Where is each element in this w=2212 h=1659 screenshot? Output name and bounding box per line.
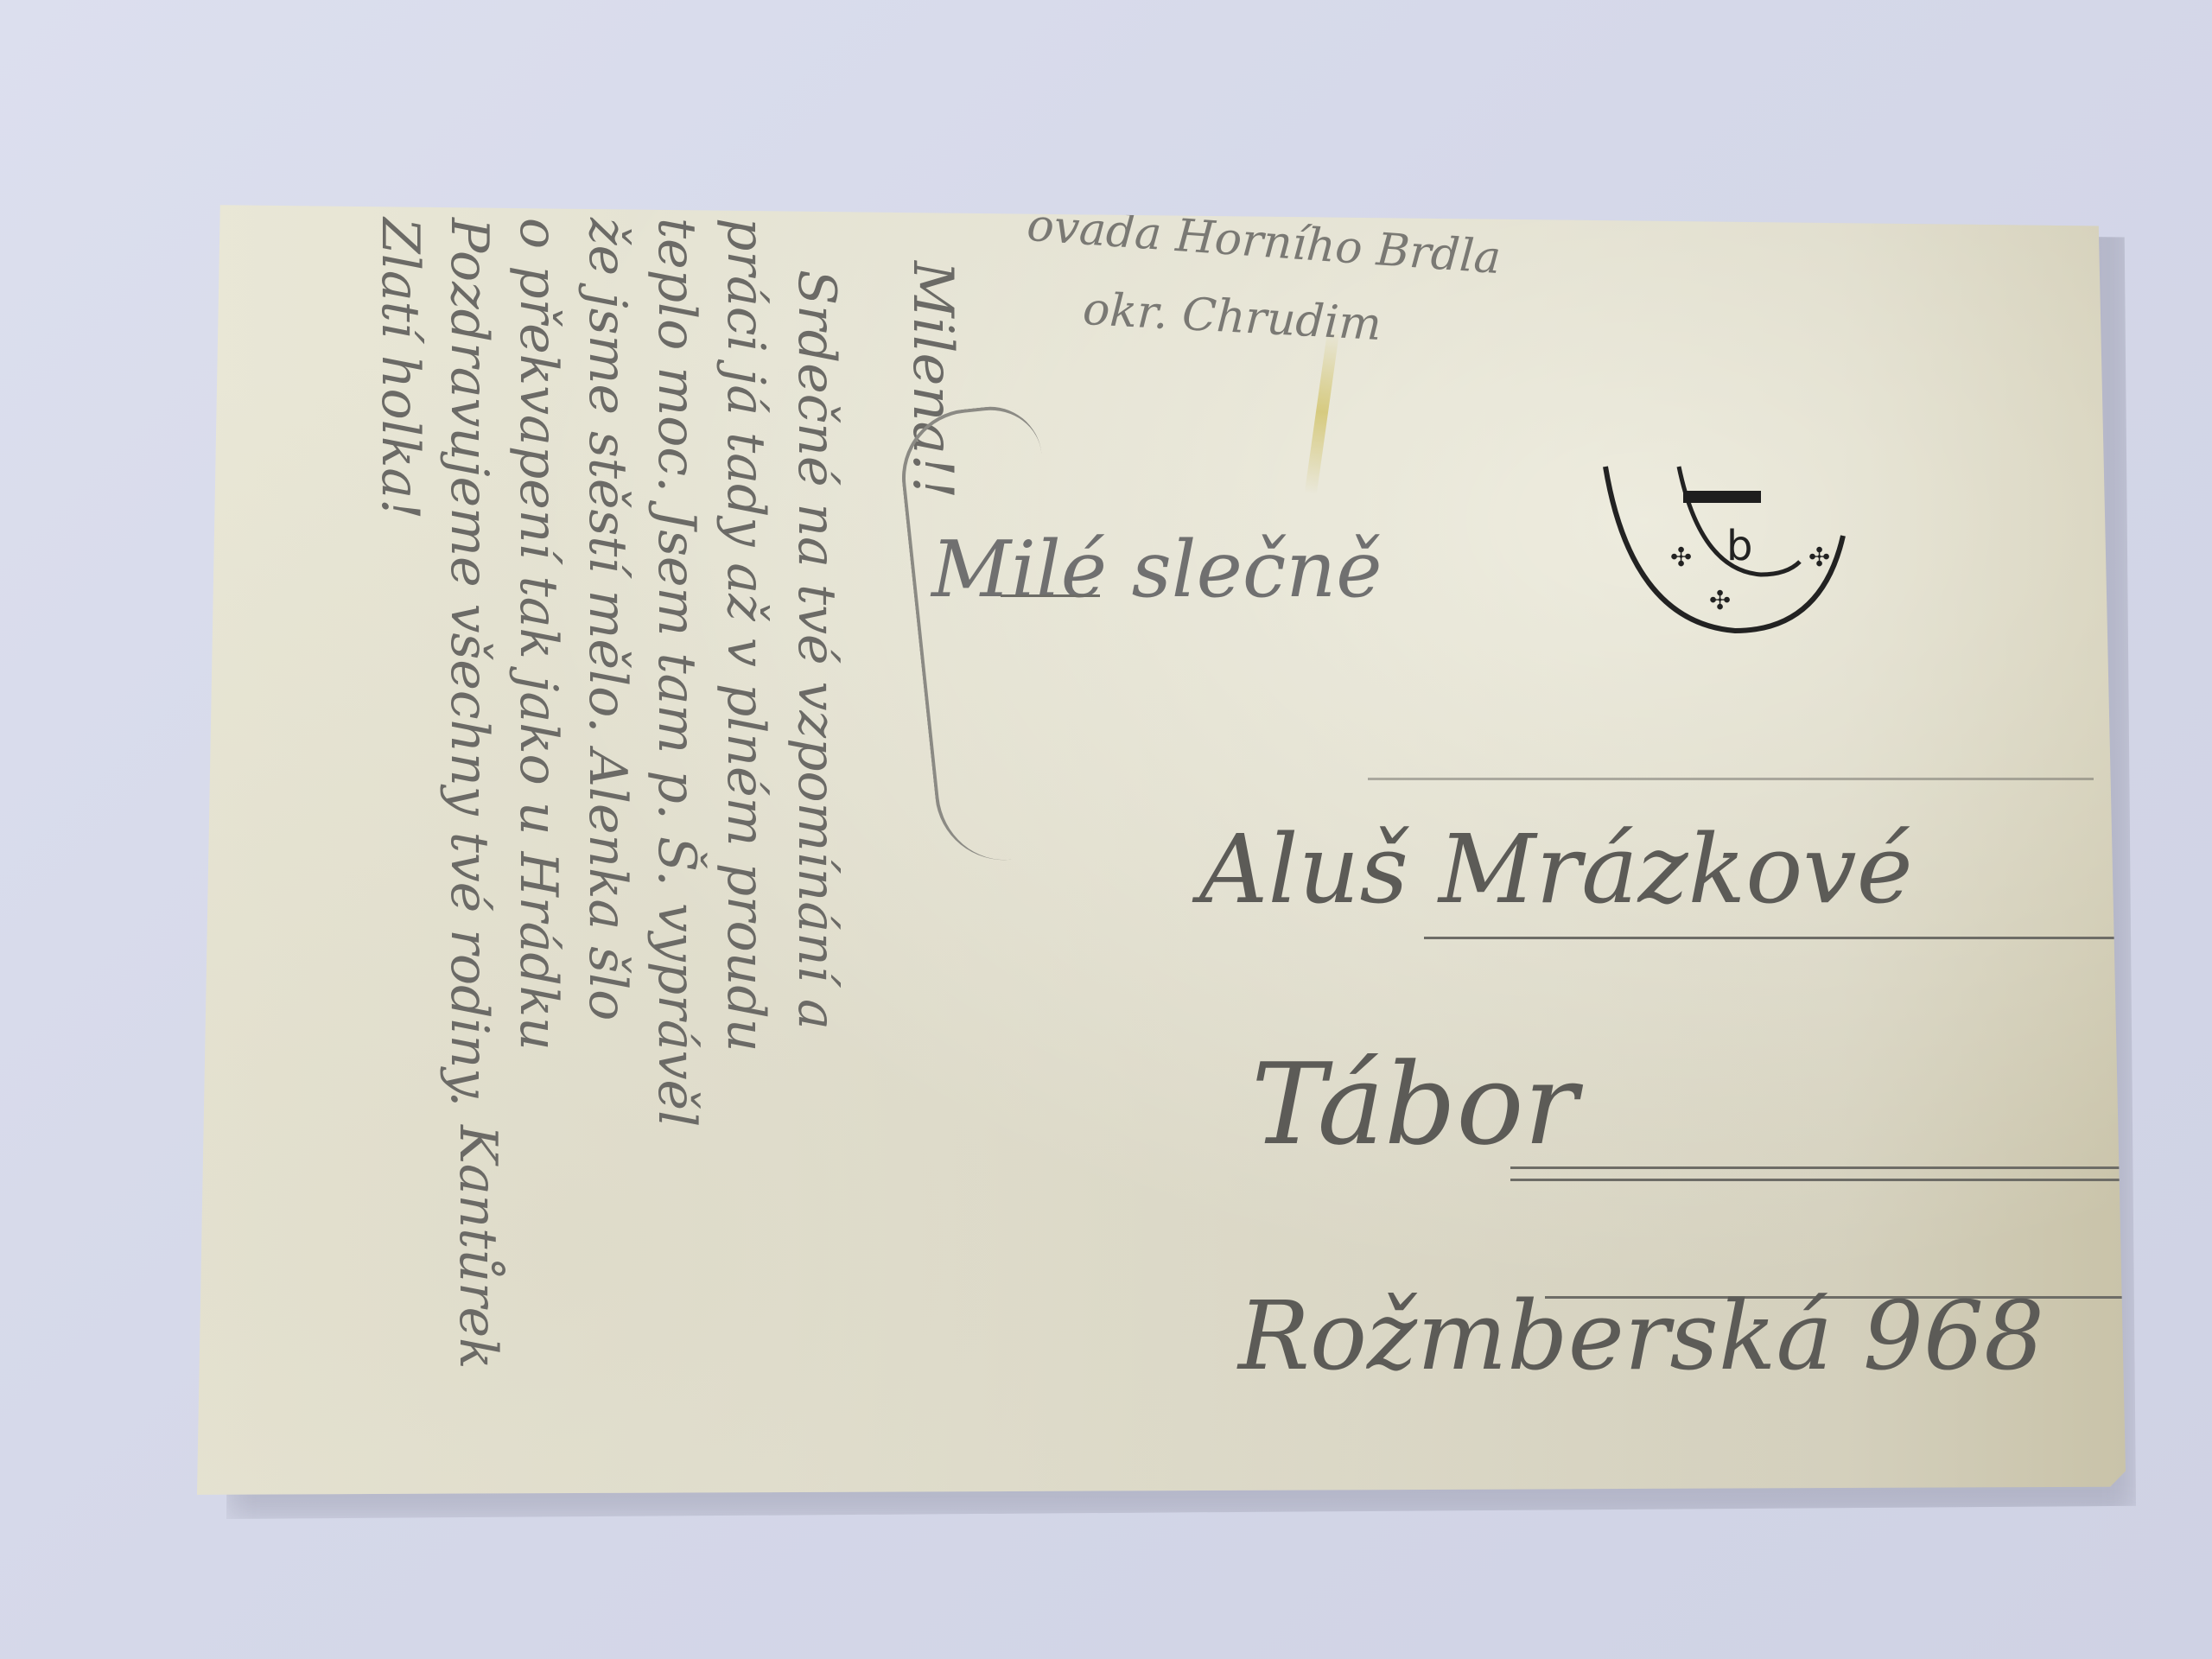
message-line-1: Srdečné na tvé vzpomínání a (786, 270, 847, 1030)
svg-text:✣: ✣ (1709, 586, 1731, 616)
yellow-stain (1305, 330, 1339, 494)
sender-note-line1: ovada Horního Brdla (1026, 200, 1503, 284)
svg-text:✣: ✣ (1670, 543, 1692, 573)
address-salutation: Milé slečně (931, 524, 1382, 615)
message-line-5: o překvapení tak jako u Hrádku (508, 218, 569, 1051)
salutation-underline (1001, 594, 1100, 597)
message-line-4: že jsme stěstí mělo. Alenka šlo (577, 218, 638, 1020)
signature: Kantůrek (448, 1125, 508, 1370)
address-name: Aluš Mrázkové (1199, 814, 1913, 925)
svg-text:✣: ✣ (1808, 543, 1830, 573)
greeting-bracket (895, 402, 1084, 867)
address-rule-3 (1510, 1166, 2176, 1169)
svg-text:b: b (1726, 522, 1752, 570)
message-line-2: práci já tady až v plném proudu (715, 218, 776, 1052)
postmark-stamp-icon: b ✣ ✣ ✣ (1597, 458, 1856, 657)
postcard: ovada Horního Brdla okr. Chrudim Milena!… (197, 192, 2126, 1505)
message-line-7: Zlatí holka! (370, 218, 430, 519)
message-line-3: teplo moc. Jsem tam p. Š. vyprávěl (646, 218, 707, 1127)
message-line-6: Pozdravujeme všechny tvé rodiny. (439, 218, 499, 1107)
sender-note-line2: okr. Chrudim (1082, 283, 1383, 351)
address-rule-1 (1368, 778, 2094, 780)
address-city: Tábor (1251, 1039, 1578, 1170)
address-rule-2 (1424, 937, 2115, 939)
address-rule-3b (1510, 1179, 2176, 1181)
address-street: Rožmberská 968 (1238, 1281, 2044, 1391)
